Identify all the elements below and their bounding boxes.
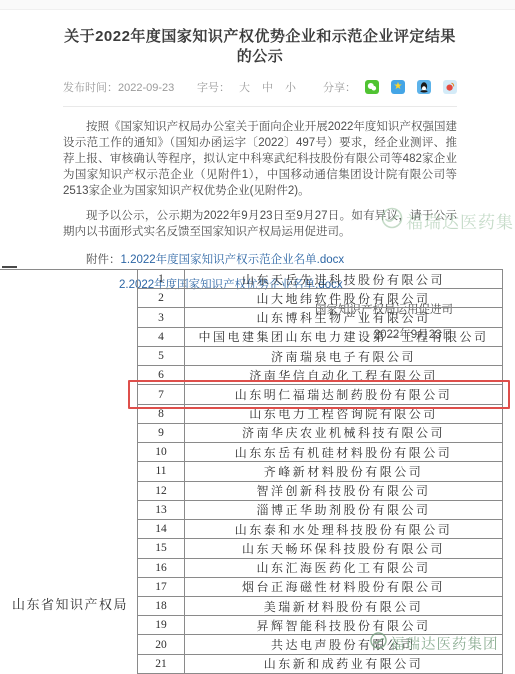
row-company: 山东博科生物产业有限公司 xyxy=(185,308,503,326)
table-row: 9 济南华庆农业机械科技有限公司 xyxy=(137,424,503,443)
row-company: 智洋创新科技股份有限公司 xyxy=(185,482,503,500)
qq-share-icon[interactable] xyxy=(417,80,431,94)
row-company: 山东汇海医药化工有限公司 xyxy=(185,559,503,577)
row-company: 济南瑞泉电子有限公司 xyxy=(185,347,503,365)
table-row: 3 山东博科生物产业有限公司 xyxy=(137,308,503,327)
attachments-label: 附件： xyxy=(86,251,121,267)
page-top-strip xyxy=(0,0,515,10)
row-company: 山东泰和水处理科技股份有限公司 xyxy=(185,520,503,538)
table-row: 2 山大地纬软件股份有限公司 xyxy=(137,289,503,308)
row-number: 10 xyxy=(137,443,185,461)
row-number: 18 xyxy=(137,597,185,615)
article-meta-row: 发布时间：2022-09-23 字号： 大 中 小 分享： ★ xyxy=(63,79,457,95)
row-company: 共达电声股份有限公司 xyxy=(185,635,503,653)
font-size-large-button[interactable]: 大 xyxy=(239,79,250,95)
page-title: 关于2022年度国家知识产权优势企业和示范企业评定结果的公示 xyxy=(63,27,457,67)
row-number: 9 xyxy=(137,424,185,442)
header-divider xyxy=(63,106,457,107)
qzone-share-icon[interactable]: ★ xyxy=(391,80,405,94)
row-number: 12 xyxy=(137,482,185,500)
row-company: 山东东岳有机硅材料股份有限公司 xyxy=(185,443,503,461)
publish-time-label: 发布时间： xyxy=(63,82,118,94)
row-number: 14 xyxy=(137,520,185,538)
row-number: 4 xyxy=(137,328,185,346)
table-left-label: 山东省知识产权局 xyxy=(12,594,128,613)
scan-edge-mark xyxy=(2,266,17,268)
company-table: 1 山东天岳先进科技股份有限公司 2 山大地纬软件股份有限公司 3 山东博科生物… xyxy=(137,270,503,674)
attachment-link-1[interactable]: 1.2022年度国家知识产权示范企业名单.docx xyxy=(121,251,345,267)
table-row: 5 济南瑞泉电子有限公司 xyxy=(137,347,503,366)
weibo-share-icon[interactable] xyxy=(443,80,457,94)
row-company: 济南华庆农业机械科技有限公司 xyxy=(185,424,503,442)
table-row: 11 齐峰新材料股份有限公司 xyxy=(137,462,503,481)
publish-time: 发布时间：2022-09-23 xyxy=(63,79,174,95)
row-company: 中国电建集团山东电力建设第一工程有限公司 xyxy=(185,328,503,346)
row-company: 昇辉智能科技股份有限公司 xyxy=(185,616,503,634)
row-company: 美瑞新材料股份有限公司 xyxy=(185,597,503,615)
table-row: 12 智洋创新科技股份有限公司 xyxy=(137,482,503,501)
row-company: 山东新和成药业有限公司 xyxy=(185,655,503,673)
row-company: 山东天岳先进科技股份有限公司 xyxy=(185,270,503,288)
table-row: 4 中国电建集团山东电力建设第一工程有限公司 xyxy=(137,328,503,347)
body-paragraph-2: 现予以公示，公示期为2022年9月23日至9月27日。如有异议，请于公示期内以书… xyxy=(63,208,457,240)
row-number: 1 xyxy=(137,270,185,288)
table-row: 18 美瑞新材料股份有限公司 xyxy=(137,597,503,616)
table-row: 14 山东泰和水处理科技股份有限公司 xyxy=(137,520,503,539)
share-label: 分享： xyxy=(323,79,356,95)
row-number: 13 xyxy=(137,501,185,519)
row-number: 17 xyxy=(137,578,185,596)
row-number: 19 xyxy=(137,616,185,634)
font-size-medium-button[interactable]: 中 xyxy=(262,79,273,95)
row-number: 2 xyxy=(137,289,185,307)
table-row: 1 山东天岳先进科技股份有限公司 xyxy=(137,270,503,289)
highlight-box xyxy=(128,380,510,409)
row-number: 15 xyxy=(137,539,185,557)
table-row: 21 山东新和成药业有限公司 xyxy=(137,655,503,674)
row-company: 淄博正华助剂股份有限公司 xyxy=(185,501,503,519)
attachment-row-1: 附件： 1.2022年度国家知识产权示范企业名单.docx xyxy=(63,251,457,267)
wechat-share-icon[interactable] xyxy=(365,80,379,94)
font-size-controls: 大 中 小 xyxy=(239,79,296,95)
body-paragraph-1: 按照《国家知识产权局办公室关于面向企业开展2022年度知识产权强国建设示范工作的… xyxy=(63,119,457,199)
row-company: 齐峰新材料股份有限公司 xyxy=(185,462,503,480)
table-row: 19 昇辉智能科技股份有限公司 xyxy=(137,616,503,635)
share-icon-group: ★ xyxy=(365,80,457,94)
table-row: 13 淄博正华助剂股份有限公司 xyxy=(137,501,503,520)
row-number: 16 xyxy=(137,559,185,577)
publish-time-value: 2022-09-23 xyxy=(118,82,174,94)
row-number: 20 xyxy=(137,635,185,653)
row-number: 11 xyxy=(137,462,185,480)
row-company: 山东天畅环保科技股份有限公司 xyxy=(185,539,503,557)
table-row: 16 山东汇海医药化工有限公司 xyxy=(137,559,503,578)
table-row: 20 共达电声股份有限公司 xyxy=(137,635,503,654)
table-row: 17 烟台正海磁性材料股份有限公司 xyxy=(137,578,503,597)
row-company: 山大地纬软件股份有限公司 xyxy=(185,289,503,307)
row-number: 5 xyxy=(137,347,185,365)
article-tools: 字号： 大 中 小 分享： ★ xyxy=(197,79,457,95)
font-size-small-button[interactable]: 小 xyxy=(285,79,296,95)
table-row: 15 山东天畅环保科技股份有限公司 xyxy=(137,539,503,558)
row-number: 21 xyxy=(137,655,185,673)
row-company: 烟台正海磁性材料股份有限公司 xyxy=(185,578,503,596)
company-table-rows: 1 山东天岳先进科技股份有限公司 2 山大地纬软件股份有限公司 3 山东博科生物… xyxy=(137,270,503,674)
row-number: 3 xyxy=(137,308,185,326)
table-row: 10 山东东岳有机硅材料股份有限公司 xyxy=(137,443,503,462)
font-size-label: 字号： xyxy=(197,79,230,95)
